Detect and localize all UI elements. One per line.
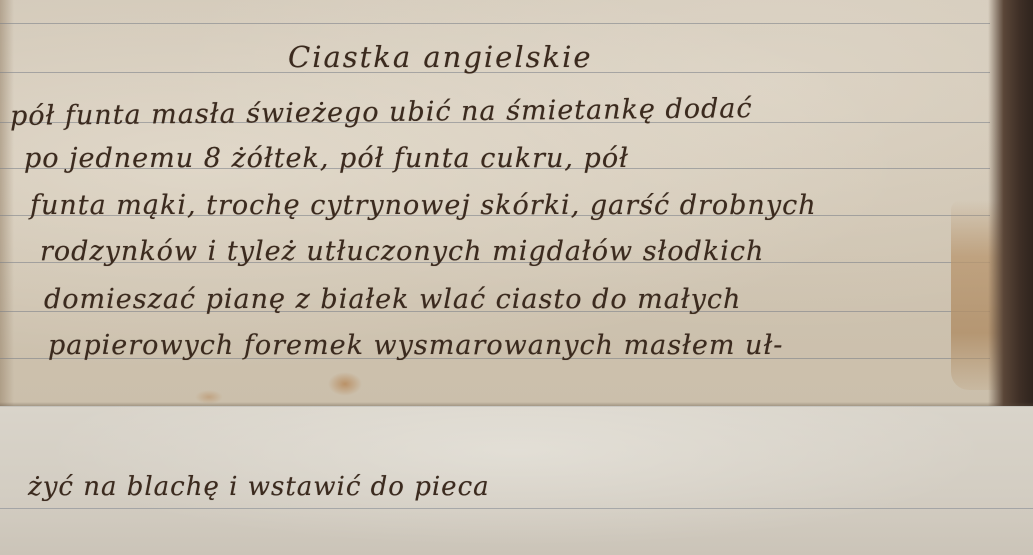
recipe-line-7: żyć na blachę i wstawić do pieca <box>28 472 490 502</box>
right-edge-shadow <box>988 0 1033 406</box>
ruled-line <box>0 406 1033 407</box>
recipe-line-4: rodzynków i tyleż utłuczonych migdałów s… <box>40 236 764 267</box>
recipe-title: Ciastka angielskie <box>288 40 593 74</box>
ruled-line <box>0 508 1033 509</box>
recipe-line-6: papierowych foremek wysmarowanych masłem… <box>48 330 783 361</box>
ruled-line <box>0 23 990 24</box>
upper-paper-sheet: Ciastka angielskie pół funta masła śwież… <box>0 0 1033 406</box>
left-paper-edge <box>0 0 14 406</box>
recipe-line-2: po jednemu 8 żółtek, pół funta cukru, pó… <box>24 143 629 174</box>
document-photo: Ciastka angielskie pół funta masła śwież… <box>0 0 1033 555</box>
recipe-line-5: domieszać pianę z białek wlać ciasto do … <box>44 284 741 315</box>
recipe-line-1: pół funta masła świeżego ubić na śmietan… <box>10 93 753 132</box>
recipe-line-3: funta mąki, trochę cytrynowej skórki, ga… <box>30 190 817 221</box>
paper-stain <box>328 372 362 396</box>
